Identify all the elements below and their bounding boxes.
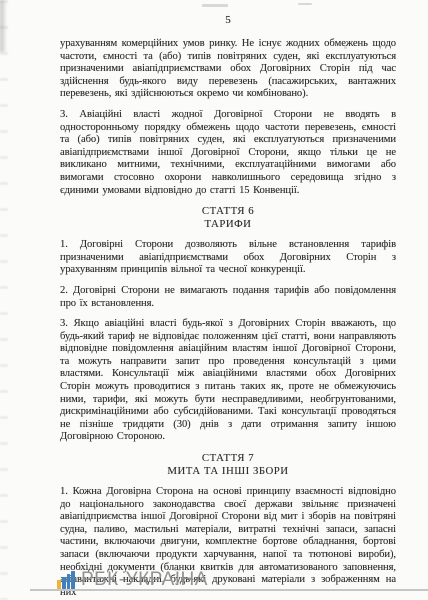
document-body: 5 урахуванням комерційних умов ринку. Не… <box>60 14 396 600</box>
scanned-document-page: 5 урахуванням комерційних умов ринку. Не… <box>0 0 428 600</box>
article-7-subtitle: МИТА ТА ІНШІ ЗБОРИ <box>60 465 396 478</box>
rbc-logo-text: РБК-УКРАЇНА <box>81 570 208 589</box>
bar-chart-logo-icon <box>57 571 75 589</box>
article-7-heading: СТАТТЯ 7 МИТА ТА ІНШІ ЗБОРИ <box>60 452 396 478</box>
scan-edge-artifact <box>0 0 8 600</box>
logo-bar-blue <box>67 574 71 589</box>
paragraph-article6-item1: 1. Договірні Сторони дозволяють вільне в… <box>60 239 396 277</box>
article-7-title: СТАТТЯ 7 <box>60 452 396 465</box>
paragraph-continuation: урахуванням комерційних умов ринку. Не і… <box>60 38 396 101</box>
scan-speck <box>202 4 228 7</box>
article-6-title: СТАТТЯ 6 <box>60 205 396 218</box>
paragraph-article5-item3: 3. Авіаційні власті жодної Договірної Ст… <box>60 109 396 197</box>
paragraph-article6-item2: 2. Договірні Сторони не вимагають поданн… <box>60 285 396 310</box>
logo-bar-blue <box>71 571 75 589</box>
scan-speck <box>298 3 312 5</box>
paragraph-article6-item3: 3. Якщо авіаційні власті будь-якої з Дог… <box>60 318 396 444</box>
article-6-heading: СТАТТЯ 6 ТАРИФИ <box>60 205 396 231</box>
page-number: 5 <box>60 14 396 27</box>
rbc-ukraine-watermark: РБК-УКРАЇНА <box>57 570 208 589</box>
logo-bar-yellow <box>57 580 61 589</box>
scan-corner-artifact <box>0 0 7 52</box>
logo-bar-blue <box>62 577 66 589</box>
article-6-subtitle: ТАРИФИ <box>60 218 396 231</box>
